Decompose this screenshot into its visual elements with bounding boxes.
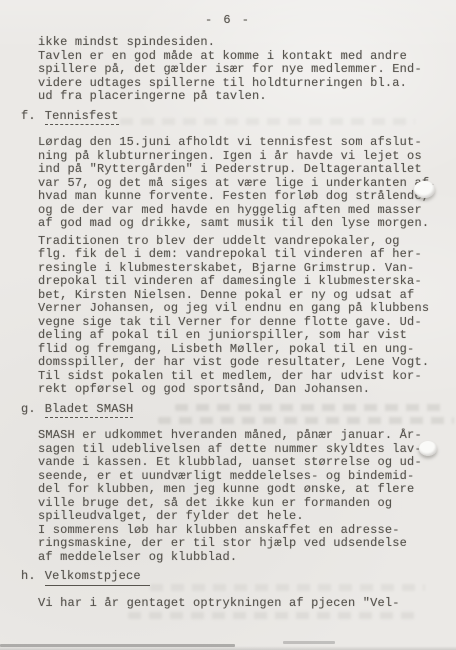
bleedthrough-ghost-text	[120, 118, 415, 125]
text-line: spillere på, det gælder især for nye med…	[38, 63, 438, 77]
paper-edge-shadow-mid	[283, 641, 335, 644]
scanned-document-page: - 6 - ikke mindst spindesiden.Tavlen er …	[0, 0, 456, 650]
section-heading: h.Velkomstpjece	[21, 570, 438, 584]
section-title: Tennisfest	[45, 109, 119, 126]
text-line: Verner Johansen, og jeg vil endnu en gan…	[38, 302, 438, 316]
text-line: Tavlen er en god måde at komme i kontakt…	[38, 50, 438, 64]
paragraph: Traditionen tro blev der uddelt vandrepo…	[38, 235, 438, 397]
text-line: Til sidst pokalen til et medlem, der har…	[38, 370, 438, 384]
bleedthrough-ghost-text	[175, 404, 447, 411]
text-line: ning på klubturneringen. Igen i år havde…	[38, 150, 438, 164]
text-line: videre udtages spillerne til holdturneri…	[38, 77, 438, 91]
section-title: Velkomstpjece	[45, 569, 150, 586]
section-g: g.Bladet SMASHSMASH er udkommet hverande…	[38, 403, 438, 565]
text-line: af meddelelser og klubblad.	[38, 551, 438, 565]
text-line: domsspiller, der har vist gode resultate…	[38, 356, 438, 370]
text-line: ikke mindst spindesiden.	[38, 36, 438, 50]
bleedthrough-ghost-text	[150, 584, 425, 591]
text-line: Vi har i år gentaget optrykningen af pje…	[38, 597, 438, 611]
text-line: sagen til udeblivelsen af dette nummer s…	[38, 443, 438, 457]
section-f: f.TennisfestLørdag den 15.juni afholdt v…	[38, 110, 438, 397]
text-line: var 57, og det må siges at være lige i u…	[38, 177, 438, 191]
text-line: ud fra placeringerne på tavlen.	[38, 90, 438, 104]
paragraph: Vi har i år gentaget optrykningen af pje…	[38, 597, 438, 611]
paragraph: Lørdag den 15.juni afholdt vi tennisfest…	[38, 136, 438, 231]
text-line: rekt opførsel og god sportsånd, Dan Joha…	[38, 383, 438, 397]
bleedthrough-ghost-text	[128, 612, 420, 619]
text-line: flid og fremgang, Lisbeth Møller, pokal …	[38, 343, 438, 357]
text-line: deling af pokal til en juniorspiller, so…	[38, 329, 438, 343]
text-line: ind på "Ryttergården" i Pederstrup. Delt…	[38, 163, 438, 177]
bleedthrough-ghost-text	[158, 417, 454, 424]
section-letter: g.	[21, 402, 36, 416]
text-line: vegne sige tak til Verner for denne flot…	[38, 316, 438, 330]
text-line: ringsmaskine, der er til stor hjælp ved …	[38, 537, 438, 551]
text-line: bet, Kirsten Nielsen. Denne pokal er ny …	[38, 289, 438, 303]
page-number: - 6 -	[0, 13, 456, 27]
section-title: Bladet SMASH	[45, 402, 134, 419]
text-line: ville bruge det, så det ikke kun er form…	[38, 497, 438, 511]
text-line: seende, er et uundværligt meddelelses- o…	[38, 470, 438, 484]
text-line: af god mad og drikke, samt musik til den…	[38, 217, 438, 231]
text-line: resingle i klubmesterskabet, Bjarne Grim…	[38, 262, 438, 276]
paper-bottom-shade	[0, 646, 456, 650]
text-line: drepokal til vinderen af damesingle i kl…	[38, 275, 438, 289]
text-line: I sommerens løb har klubben anskaffet en…	[38, 524, 438, 538]
intro-paragraph: ikke mindst spindesiden.Tavlen er en god…	[38, 36, 438, 104]
text-line: SMASH er udkommet hveranden måned, pånær…	[38, 429, 438, 443]
binder-emboss-bump-top	[414, 181, 435, 198]
sections-container: f.TennisfestLørdag den 15.juni afholdt v…	[38, 110, 438, 611]
binder-emboss-bump-bottom	[419, 441, 437, 456]
paragraph: SMASH er udkommet hveranden måned, pånær…	[38, 429, 438, 564]
section-letter: f.	[21, 109, 36, 123]
text-line: Traditionen tro blev der uddelt vandrepo…	[38, 235, 438, 249]
text-line: vande i kassen. Et klubblad, uanset stør…	[38, 456, 438, 470]
text-line: hvad man kunne forvente. Festen forløb d…	[38, 190, 438, 204]
text-line: spilleudvalget, der fylder det hele.	[38, 510, 438, 524]
text-line: del for klubben, men jeg kunne godt ønsk…	[38, 483, 438, 497]
text-line: flg. fik del i dem: vandrepokal til vind…	[38, 248, 438, 262]
text-line: Lørdag den 15.juni afholdt vi tennisfest…	[38, 136, 438, 150]
text-line: og de der var med havde en hyggelig afte…	[38, 204, 438, 218]
section-letter: h.	[21, 569, 36, 583]
